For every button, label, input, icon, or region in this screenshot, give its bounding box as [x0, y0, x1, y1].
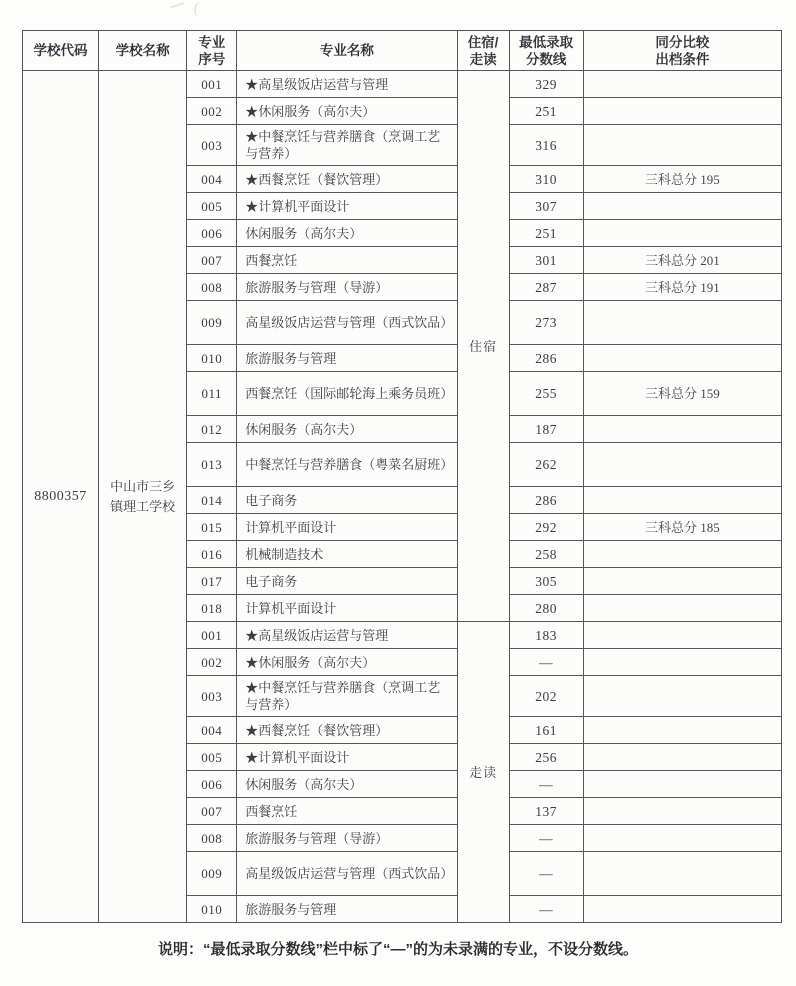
cell-min-score: 287	[509, 274, 583, 301]
cell-min-score: 273	[509, 301, 583, 345]
cell-min-score: 251	[509, 220, 583, 247]
cell-major-name: 旅游服务与管理	[237, 345, 457, 372]
cell-tiebreak	[583, 744, 781, 771]
cell-min-score: 256	[509, 744, 583, 771]
scan-smudge	[170, 2, 187, 18]
cell-major-no: 006	[187, 771, 237, 798]
cell-min-score: 262	[509, 443, 583, 487]
cell-school-code: 8800357	[23, 71, 99, 923]
table-row: 8800357中山市三乡镇理工学校001★高星级饭店运营与管理住宿329	[23, 71, 782, 98]
cell-min-score: 183	[509, 622, 583, 649]
cell-major-name: 西餐烹饪（国际邮轮海上乘务员班）	[237, 372, 457, 416]
cell-major-name: 计算机平面设计	[237, 514, 457, 541]
cell-residence: 走读	[457, 622, 509, 923]
scan-smudge	[193, 1, 207, 18]
cell-major-name: ★西餐烹饪（餐饮管理）	[237, 717, 457, 744]
cell-major-no: 018	[187, 595, 237, 622]
cell-major-no: 004	[187, 717, 237, 744]
cell-major-name: ★高星级饭店运营与管理	[237, 622, 457, 649]
cell-major-no: 007	[187, 247, 237, 274]
cell-major-no: 010	[187, 345, 237, 372]
cell-major-name: 高星级饭店运营与管理（西式饮品）	[237, 852, 457, 896]
cell-major-name: 西餐烹饪	[237, 247, 457, 274]
cell-major-name: 旅游服务与管理	[237, 896, 457, 923]
cell-major-no: 009	[187, 852, 237, 896]
cell-tiebreak	[583, 193, 781, 220]
cell-tiebreak	[583, 220, 781, 247]
cell-tiebreak	[583, 649, 781, 676]
cell-major-no: 010	[187, 896, 237, 923]
cell-tiebreak: 三科总分 195	[583, 166, 781, 193]
cell-min-score: 137	[509, 798, 583, 825]
cell-major-no: 012	[187, 416, 237, 443]
cell-major-no: 015	[187, 514, 237, 541]
cell-major-no: 008	[187, 274, 237, 301]
cell-major-name: ★西餐烹饪（餐饮管理）	[237, 166, 457, 193]
cell-major-name: 旅游服务与管理（导游）	[237, 825, 457, 852]
cell-major-no: 001	[187, 71, 237, 98]
footer-note: 说明：“最低录取分数线”栏中标了“—”的为未录满的专业，不设分数线。	[0, 938, 796, 959]
header-row: 学校代码 学校名称 专业 序号 专业名称 住宿/ 走读 最低录取 分数线 同分比…	[23, 31, 782, 71]
cell-min-score: 255	[509, 372, 583, 416]
cell-tiebreak	[583, 541, 781, 568]
cell-major-name: 休闲服务（高尔夫）	[237, 771, 457, 798]
cell-residence: 住宿	[457, 71, 509, 622]
cell-tiebreak	[583, 595, 781, 622]
cell-major-no: 005	[187, 193, 237, 220]
cell-min-score: —	[509, 649, 583, 676]
cell-major-no: 002	[187, 649, 237, 676]
admission-score-table: 学校代码 学校名称 专业 序号 专业名称 住宿/ 走读 最低录取 分数线 同分比…	[22, 30, 782, 923]
col-header-residence: 住宿/ 走读	[457, 31, 509, 71]
cell-tiebreak	[583, 771, 781, 798]
cell-major-name: ★休闲服务（高尔夫）	[237, 649, 457, 676]
cell-major-no: 014	[187, 487, 237, 514]
cell-major-name: 休闲服务（高尔夫）	[237, 220, 457, 247]
cell-tiebreak	[583, 896, 781, 923]
cell-min-score: 251	[509, 98, 583, 125]
cell-major-name: ★计算机平面设计	[237, 193, 457, 220]
cell-major-no: 011	[187, 372, 237, 416]
cell-tiebreak	[583, 443, 781, 487]
cell-min-score: 161	[509, 717, 583, 744]
cell-min-score: 307	[509, 193, 583, 220]
table-header: 学校代码 学校名称 专业 序号 专业名称 住宿/ 走读 最低录取 分数线 同分比…	[23, 31, 782, 71]
cell-major-no: 001	[187, 622, 237, 649]
cell-major-no: 005	[187, 744, 237, 771]
cell-min-score: 316	[509, 125, 583, 166]
col-header-tiebreak: 同分比较 出档条件	[583, 31, 781, 71]
cell-major-name: 高星级饭店运营与管理（西式饮品）	[237, 301, 457, 345]
cell-major-name: ★中餐烹饪与营养膳食（烹调工艺与营养）	[237, 676, 457, 717]
table-body: 8800357中山市三乡镇理工学校001★高星级饭店运营与管理住宿329002★…	[23, 71, 782, 923]
cell-tiebreak	[583, 676, 781, 717]
cell-min-score: 187	[509, 416, 583, 443]
cell-major-no: 007	[187, 798, 237, 825]
cell-tiebreak: 三科总分 159	[583, 372, 781, 416]
cell-tiebreak: 三科总分 201	[583, 247, 781, 274]
cell-tiebreak	[583, 71, 781, 98]
cell-major-name: 机械制造技术	[237, 541, 457, 568]
cell-major-name: ★中餐烹饪与营养膳食（烹调工艺与营养）	[237, 125, 457, 166]
cell-tiebreak	[583, 568, 781, 595]
cell-min-score: —	[509, 852, 583, 896]
cell-major-no: 016	[187, 541, 237, 568]
cell-tiebreak	[583, 98, 781, 125]
cell-tiebreak	[583, 798, 781, 825]
cell-major-name: 电子商务	[237, 568, 457, 595]
cell-major-no: 017	[187, 568, 237, 595]
cell-min-score: 305	[509, 568, 583, 595]
cell-tiebreak	[583, 825, 781, 852]
cell-major-name: 旅游服务与管理（导游）	[237, 274, 457, 301]
cell-major-name: 西餐烹饪	[237, 798, 457, 825]
cell-tiebreak	[583, 301, 781, 345]
cell-min-score: —	[509, 896, 583, 923]
cell-major-no: 009	[187, 301, 237, 345]
cell-tiebreak	[583, 852, 781, 896]
col-header-min-score: 最低录取 分数线	[509, 31, 583, 71]
cell-major-name: ★计算机平面设计	[237, 744, 457, 771]
cell-major-no: 004	[187, 166, 237, 193]
cell-tiebreak: 三科总分 191	[583, 274, 781, 301]
cell-school-name: 中山市三乡镇理工学校	[99, 71, 187, 923]
cell-major-name: ★休闲服务（高尔夫）	[237, 98, 457, 125]
cell-min-score: 280	[509, 595, 583, 622]
cell-major-no: 002	[187, 98, 237, 125]
cell-min-score: 258	[509, 541, 583, 568]
cell-min-score: 301	[509, 247, 583, 274]
cell-major-name: 电子商务	[237, 487, 457, 514]
cell-major-no: 013	[187, 443, 237, 487]
cell-major-name: 中餐烹饪与营养膳食（粤菜名厨班）	[237, 443, 457, 487]
col-header-major-name: 专业名称	[237, 31, 457, 71]
cell-tiebreak: 三科总分 185	[583, 514, 781, 541]
cell-min-score: 329	[509, 71, 583, 98]
cell-major-name: 计算机平面设计	[237, 595, 457, 622]
cell-min-score: —	[509, 771, 583, 798]
cell-min-score: 310	[509, 166, 583, 193]
col-header-school-code: 学校代码	[23, 31, 99, 71]
cell-min-score: 292	[509, 514, 583, 541]
col-header-major-no: 专业 序号	[187, 31, 237, 71]
cell-min-score: —	[509, 825, 583, 852]
scanned-document-page: 学校代码 学校名称 专业 序号 专业名称 住宿/ 走读 最低录取 分数线 同分比…	[0, 0, 796, 986]
cell-tiebreak	[583, 487, 781, 514]
cell-tiebreak	[583, 125, 781, 166]
cell-tiebreak	[583, 416, 781, 443]
cell-major-no: 006	[187, 220, 237, 247]
cell-tiebreak	[583, 345, 781, 372]
cell-tiebreak	[583, 622, 781, 649]
cell-major-no: 003	[187, 125, 237, 166]
cell-major-name: ★高星级饭店运营与管理	[237, 71, 457, 98]
scan-artifact	[172, 2, 242, 18]
cell-major-no: 003	[187, 676, 237, 717]
cell-tiebreak	[583, 717, 781, 744]
cell-major-no: 008	[187, 825, 237, 852]
col-header-school-name: 学校名称	[99, 31, 187, 71]
cell-major-name: 休闲服务（高尔夫）	[237, 416, 457, 443]
cell-min-score: 202	[509, 676, 583, 717]
cell-min-score: 286	[509, 345, 583, 372]
cell-min-score: 286	[509, 487, 583, 514]
